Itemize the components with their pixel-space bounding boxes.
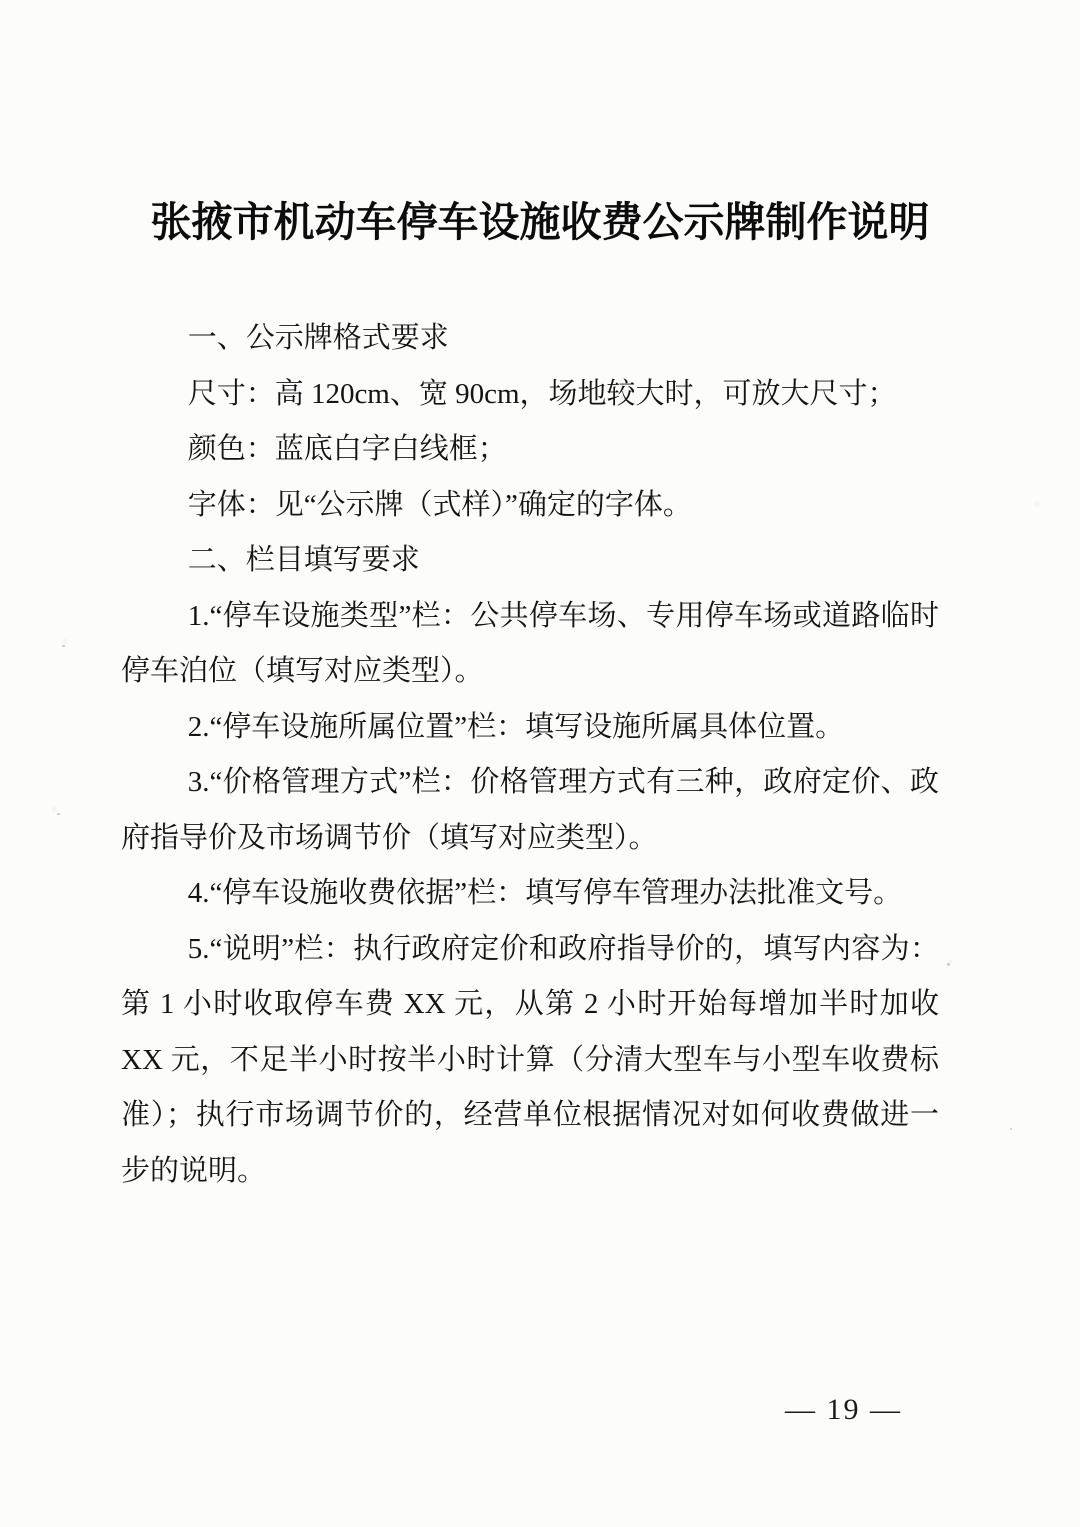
item-5-explanation: 5.“说明”栏：执行政府定价和政府指导价的，填写内容为：第 1 小时收取停车费 … (121, 922, 939, 1200)
scan-speckle (57, 813, 60, 815)
page-number: — 19 — (785, 1392, 902, 1428)
scan-speckle (947, 963, 950, 966)
font-spec-line: 字体：见“公示牌（式样）”确定的字体。 (121, 478, 939, 534)
item-3-price-management: 3.“价格管理方式”栏：价格管理方式有三种，政府定价、政府指导价及市场调节价（填… (121, 755, 939, 866)
document-title: 张掖市机动车停车设施收费公示牌制作说明 (0, 198, 1080, 247)
scanned-document-page: 张掖市机动车停车设施收费公示牌制作说明 一、公示牌格式要求 尺寸：高 120cm… (0, 0, 1080, 1527)
color-spec-line: 颜色：蓝底白字白线框； (121, 422, 939, 478)
section-1-heading: 一、公示牌格式要求 (121, 311, 939, 367)
size-spec-line: 尺寸：高 120cm、宽 90cm，场地较大时，可放大尺寸； (121, 367, 939, 423)
item-2-location: 2.“停车设施所属位置”栏：填写设施所属具体位置。 (121, 700, 939, 756)
scan-speckle (1010, 1128, 1012, 1130)
item-1-parking-type: 1.“停车设施类型”栏：公共停车场、专用停车场或道路临时停车泊位（填写对应类型）… (121, 589, 939, 700)
document-body: 一、公示牌格式要求 尺寸：高 120cm、宽 90cm，场地较大时，可放大尺寸；… (121, 311, 939, 1199)
section-2-heading: 二、栏目填写要求 (121, 533, 939, 589)
scan-speckle (62, 645, 65, 647)
item-4-fee-basis: 4.“停车设施收费依据”栏：填写停车管理办法批准文号。 (121, 866, 939, 922)
